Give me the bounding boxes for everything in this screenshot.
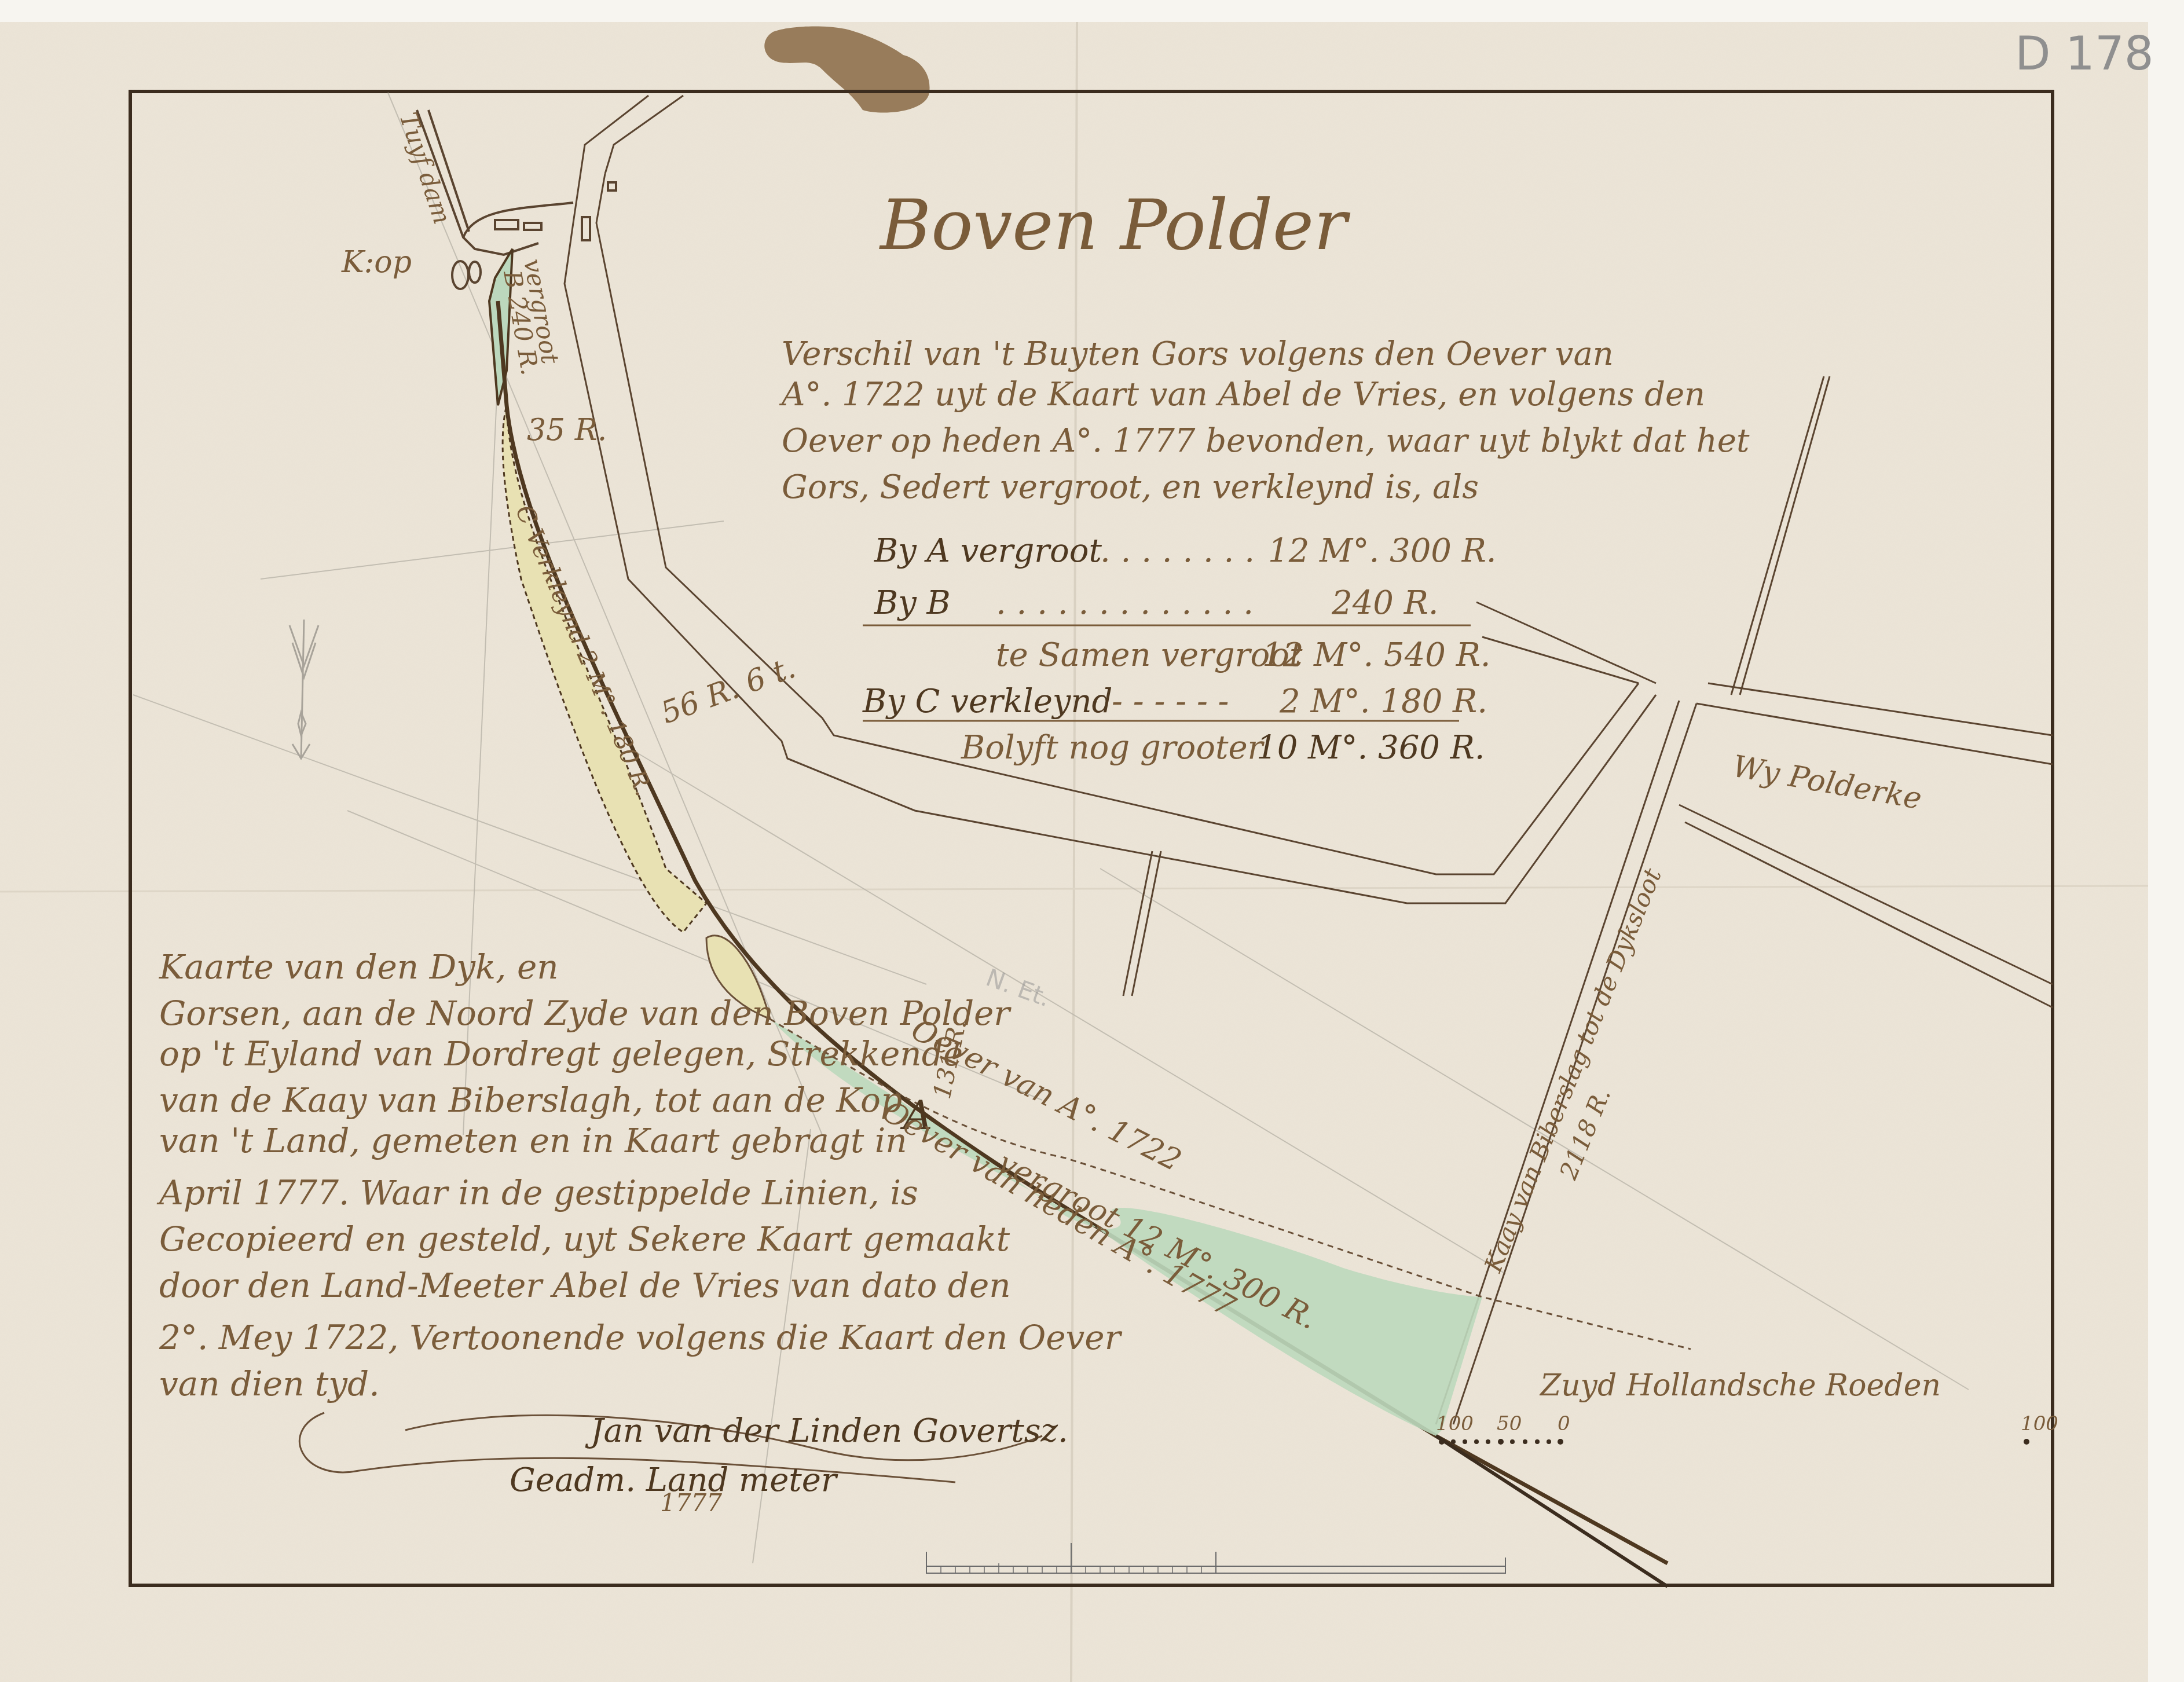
area-row-leader: - - - - - - xyxy=(1112,683,1229,720)
area-row-label: By C verkleynd xyxy=(862,683,1112,720)
explanation-line: Oever op heden A°. 1777 bevonden, waar u… xyxy=(782,422,1750,460)
area-row: By C verkleynd - - - - - - 2 M°. 180 R. xyxy=(862,683,1487,720)
scale-tick-label: 0 xyxy=(1558,1412,1570,1435)
signature-name: Jan van der Linden Govertsz. xyxy=(585,1412,1068,1450)
map-sheet: Boven Polder D 178 Verschil van 't Buyte… xyxy=(0,0,2184,1682)
area-row-value: 12 M°. 300 R. xyxy=(1268,532,1497,570)
area-row: By A vergroot . . . . . . . . 12 M°. 300… xyxy=(874,532,1497,570)
area-row-value: 12 M°. 540 R. xyxy=(1262,636,1491,674)
area-row-label: te Samen vergroot xyxy=(996,636,1303,674)
explanation-line: A°. 1722 uyt de Kaart van Abel de Vries,… xyxy=(779,376,1705,413)
area-row-label: By B xyxy=(874,584,951,622)
cartouche-line: door den Land-Meeter Abel de Vries van d… xyxy=(159,1266,1011,1305)
explanation-line: Verschil van 't Buyten Gors volgens den … xyxy=(782,335,1614,373)
scale-tick-label: 100 xyxy=(2021,1412,2058,1435)
area-row-label: Bolyft nog grooter xyxy=(961,729,1265,767)
scale-tick-label: 100 xyxy=(1436,1412,1474,1435)
explanation-line: Gors, Sedert vergroot, en verkleynd is, … xyxy=(782,468,1479,506)
cartouche-line: Gecopieerd en gesteld, uyt Sekere Kaart … xyxy=(159,1219,1010,1259)
area-row-leader: . . . . . . . . . . . . . xyxy=(996,584,1254,622)
catalog-number: D 178 xyxy=(2015,27,2154,80)
cartouche-line: van de Kaay van Biberslagh, tot aan de K… xyxy=(159,1080,902,1120)
area-row-total: Bolyft nog grooter 10 M°. 360 R. xyxy=(961,729,1485,767)
scale-tick-label: 50 xyxy=(1497,1412,1522,1435)
signature-year: 1777 xyxy=(660,1489,722,1517)
map-title: Boven Polder xyxy=(879,185,1351,266)
cartouche-line: 2°. Mey 1722, Vertoonende volgens die Ka… xyxy=(159,1318,1123,1357)
area-row-value: 2 M°. 180 R. xyxy=(1279,683,1487,720)
area-row-label: By A vergroot xyxy=(874,532,1102,570)
scale-label: Zuyd Hollandsche Roeden xyxy=(1539,1368,1941,1403)
area-row-value: 10 M°. 360 R. xyxy=(1256,729,1485,767)
label-dist-35: 35 R. xyxy=(527,413,607,448)
area-row-subtotal: te Samen vergroot 12 M°. 540 R. xyxy=(996,636,1491,674)
area-row-value: 240 R. xyxy=(1331,584,1439,622)
cartouche-line: Kaarte van den Dyk, en xyxy=(159,947,559,987)
cartouche-line: Gorsen, aan de Noord Zyde van den Boven … xyxy=(159,994,1012,1033)
label-kop: K:op xyxy=(341,245,412,280)
cartouche-line: op 't Eyland van Dordregt gelegen, Strek… xyxy=(159,1034,963,1073)
cartouche-line: April 1777. Waar in de gestippelde Linie… xyxy=(156,1173,918,1212)
area-row-leader: . . . . . . . . xyxy=(1100,532,1255,570)
cartouche-line: van 't Land, gemeten en in Kaart gebragt… xyxy=(159,1121,907,1160)
cartouche-line: van dien tyd. xyxy=(159,1364,380,1404)
